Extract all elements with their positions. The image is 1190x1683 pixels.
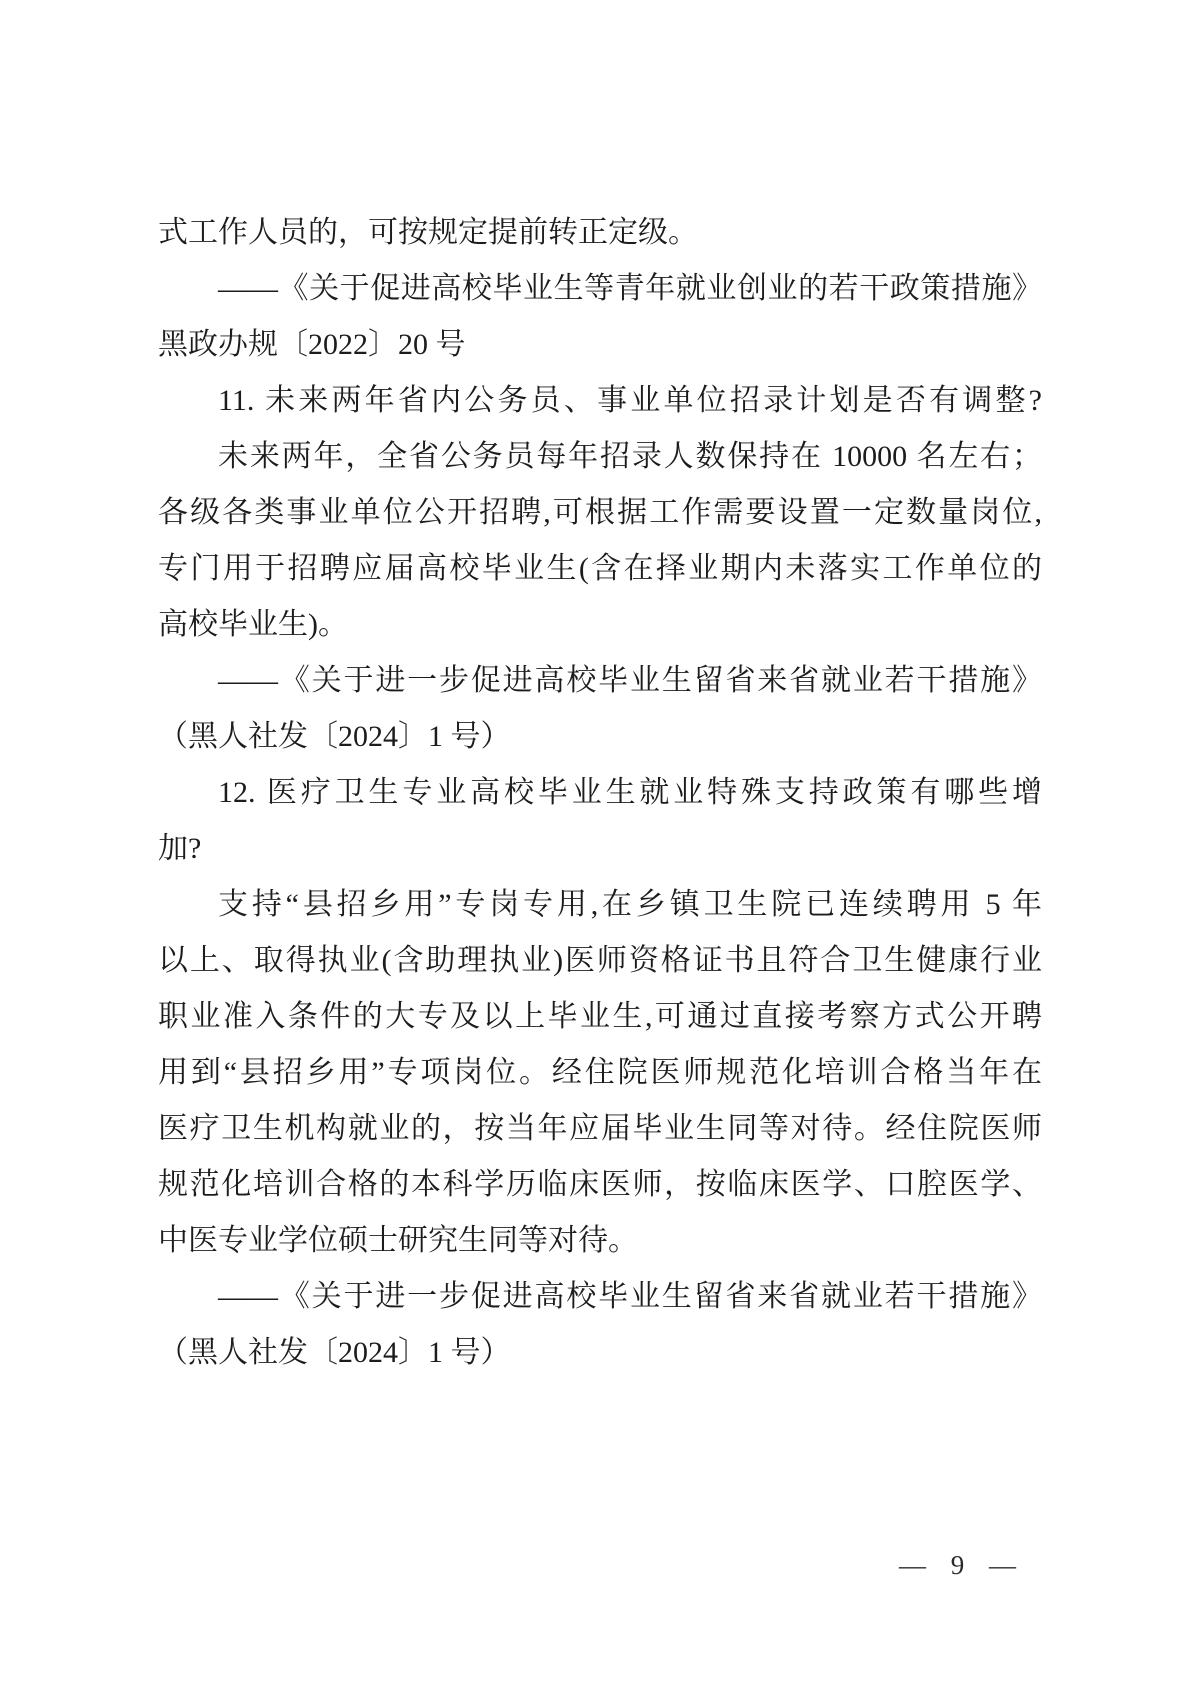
text-line-body: 医疗卫生机构就业的，按当年应届毕业生同等对待。经住院医师: [158, 1101, 1042, 1157]
document-page: 式工作人员的，可按规定提前转正定级。——《关于促进高校毕业生等青年就业创业的若干…: [0, 0, 1190, 1683]
text-line-body: 专门用于招聘应届高校毕业生(含在择业期内未落实工作单位的: [158, 541, 1042, 597]
text-line-body: 未来两年，全省公务员每年招录人数保持在 10000 名左右；: [158, 429, 1042, 485]
document-body: 式工作人员的，可按规定提前转正定级。——《关于促进高校毕业生等青年就业创业的若干…: [158, 205, 1042, 1381]
text-line-body: 式工作人员的，可按规定提前转正定级。: [158, 205, 1042, 261]
text-line-body: 职业准入条件的大专及以上毕业生,可通过直接考察方式公开聘: [158, 989, 1042, 1045]
text-line-citation: ——《关于促进高校毕业生等青年就业创业的若干政策措施》: [158, 261, 1042, 317]
text-line-doc-number: （黑人社发〔2024〕1 号）: [158, 1325, 1042, 1381]
text-line-doc-number: 黑政办规〔2022〕20 号: [158, 317, 1042, 373]
text-line-doc-number: （黑人社发〔2024〕1 号）: [158, 709, 1042, 765]
text-line-body: 高校毕业生)。: [158, 597, 1042, 653]
page-number: — 9 —: [899, 1545, 1018, 1585]
text-line-body: 各级各类事业单位公开招聘,可根据工作需要设置一定数量岗位,: [158, 485, 1042, 541]
text-line-heading: 加?: [158, 821, 1042, 877]
text-line-body: 规范化培训合格的本科学历临床医师，按临床医学、口腔医学、: [158, 1157, 1042, 1213]
text-line-heading: 12. 医疗卫生专业高校毕业生就业特殊支持政策有哪些增: [158, 765, 1042, 821]
text-line-citation: ——《关于进一步促进高校毕业生留省来省就业若干措施》: [158, 1269, 1042, 1325]
text-line-body: 中医专业学位硕士研究生同等对待。: [158, 1213, 1042, 1269]
text-line-body: 以上、取得执业(含助理执业)医师资格证书且符合卫生健康行业: [158, 933, 1042, 989]
text-line-citation: ——《关于进一步促进高校毕业生留省来省就业若干措施》: [158, 653, 1042, 709]
text-line-body: 支持“县招乡用”专岗专用,在乡镇卫生院已连续聘用 5 年: [158, 877, 1042, 933]
text-line-heading: 11. 未来两年省内公务员、事业单位招录计划是否有调整?: [158, 373, 1042, 429]
text-line-body: 用到“县招乡用”专项岗位。经住院医师规范化培训合格当年在: [158, 1045, 1042, 1101]
